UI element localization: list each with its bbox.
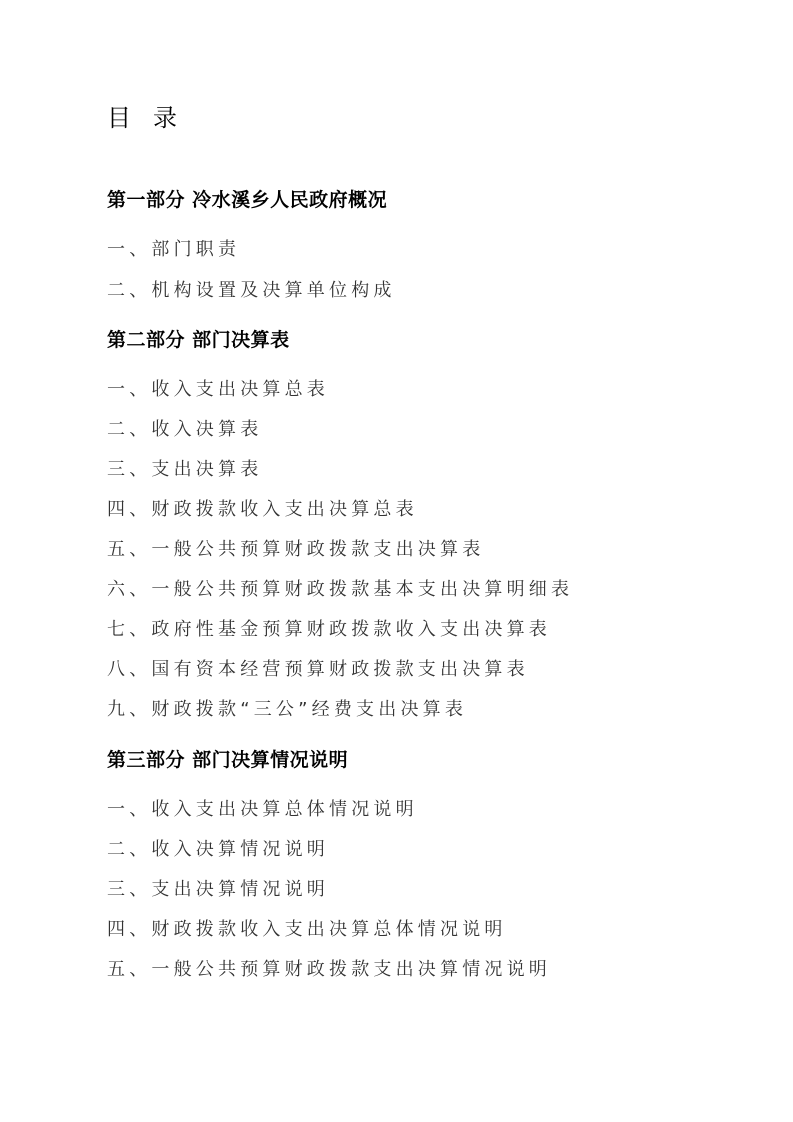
toc-item: 五、一般公共预算财政拨款支出决算表: [107, 541, 484, 559]
toc-item: 一、部门职责: [107, 241, 240, 259]
toc-item: 五、一般公共预算财政拨款支出决算情况说明: [107, 961, 551, 979]
toc-item: 九、财政拨款“三公”经费支出决算表: [107, 701, 467, 719]
toc-item: 一、收入支出决算总表: [107, 381, 329, 399]
toc-item: 二、收入决算表: [107, 421, 262, 439]
toc-item: 八、国有资本经营预算财政拨款支出决算表: [107, 661, 529, 679]
part-3-heading: 第三部分 部门决算情况说明: [107, 751, 348, 770]
part-2-heading: 第二部分 部门决算表: [107, 331, 290, 350]
document-page: 目录 第一部分 冷水溪乡人民政府概况 一、部门职责 二、机构设置及决算单位构成 …: [0, 0, 793, 1122]
toc-item: 三、支出决算表: [107, 461, 262, 479]
toc-title-char-2: 录: [153, 104, 177, 132]
toc-item: 七、政府性基金预算财政拨款收入支出决算表: [107, 621, 551, 639]
part-1-heading: 第一部分 冷水溪乡人民政府概况: [107, 191, 387, 210]
toc-title: 目录: [107, 106, 177, 130]
toc-title-char-1: 目: [107, 104, 131, 132]
toc-item: 二、机构设置及决算单位构成: [107, 282, 396, 300]
toc-item: 六、一般公共预算财政拨款基本支出决算明细表: [107, 581, 573, 599]
toc-item: 四、财政拨款收入支出决算总体情况说明: [107, 921, 507, 939]
toc-item: 三、支出决算情况说明: [107, 881, 329, 899]
toc-item: 一、收入支出决算总体情况说明: [107, 801, 418, 819]
toc-item: 二、收入决算情况说明: [107, 841, 329, 859]
toc-item: 四、财政拨款收入支出决算总表: [107, 501, 418, 519]
